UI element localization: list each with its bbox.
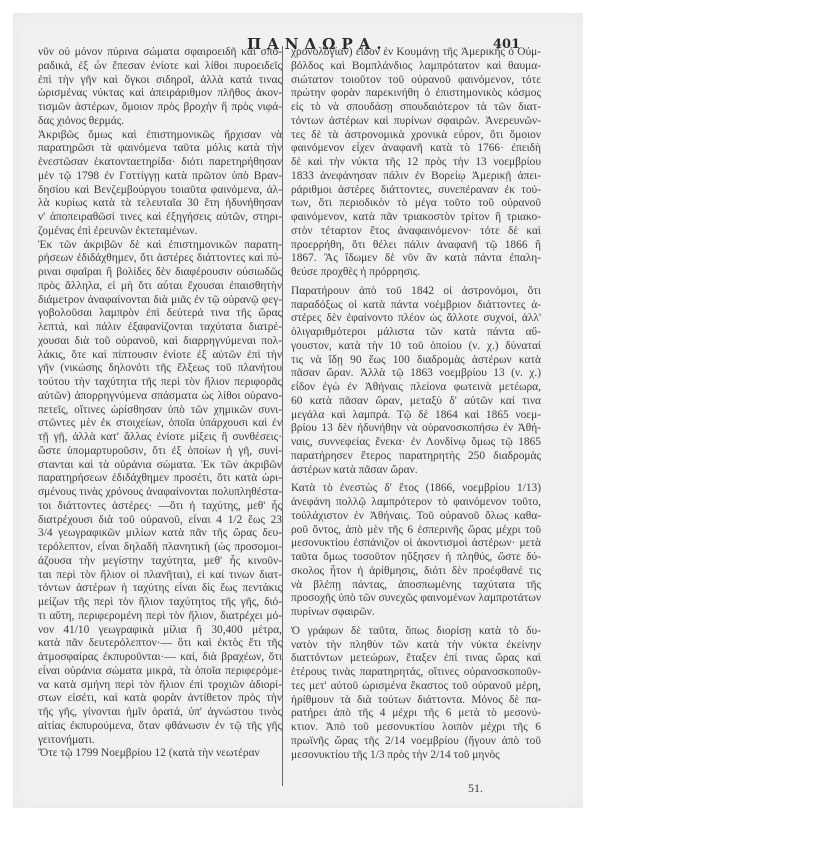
text-line: ριναι σφαῖραι ἢ βολίδες δὲν διαφέρουσιν … bbox=[38, 266, 282, 280]
text-line: ναις, συννεφείας ἕνεκα· ἐν Λονδίνῳ ὅμως … bbox=[291, 436, 541, 450]
text-line: αἰτίας ἐκπυρούμενα, ὅταν φθάνωσιν ἐν τῷ … bbox=[38, 720, 282, 734]
text-line: ροῦ ὄντος, ἀπὸ μὲν τῆς 6 ἑσπερινῆς ὥρας … bbox=[291, 524, 541, 538]
text-line: στέρες δὲν ἐφαίνοντο πλέον ὡς ἄλλοτε συχ… bbox=[291, 312, 541, 326]
text-line: ἑτέρους τινὰς παρατηρητάς, οἵτινες οὐραν… bbox=[291, 666, 541, 680]
text-line: διατρέχουσι διὰ τοῦ οὐρανοῦ, εἶναι 4 1/2… bbox=[38, 514, 282, 528]
scanned-page: ΠΑΝΔΩΡΑ. 401 νῦν οὐ μόνον πύρινα σώματα … bbox=[13, 13, 583, 808]
text-line: τόντων ἀστέρων καὶ πυρίνων σφαιρῶν. Ἀνερ… bbox=[291, 115, 541, 129]
text-line: δησίου καὶ Βενζεμβούργου τοιαῦτα φαινόμε… bbox=[38, 184, 282, 198]
text-line: νὰ βλέπῃ πάντας, ἀποσπωμένης ταχύτατα τῆ… bbox=[291, 579, 541, 593]
text-line: δὲ καὶ τὴν νύκτα τῆς 12 πρὸς τὴν 13 νοεμ… bbox=[291, 156, 541, 170]
text-line: ἐπὶ τὴν γῆν καὶ ὄγκοι σιδηροῖ, ἀλλὰ κατά… bbox=[38, 74, 282, 88]
text-line: ἀνεφάνη πολλῷ λαμπρότερον τὸ φαινόμενον … bbox=[291, 496, 541, 510]
text-line: Ὅτε τῷ 1799 Νοεμβρίου 12 (κατὰ τὴν νεωτέ… bbox=[38, 747, 282, 761]
text-line: Παρατήρουν ἀπὸ τοῦ 1842 οἱ ἀστρονόμοι, ὅ… bbox=[291, 285, 541, 299]
text-line: βρίου 13 δὲν ἠδυνήθην νὰ οὐρανοσκοπήσω ἐ… bbox=[291, 422, 541, 436]
text-line: πρὸς ἄλληλα, εἰ μὴ ὅτι αὗται ἔχουσαι ἐπα… bbox=[38, 280, 282, 294]
signature-mark: 51. bbox=[468, 781, 483, 796]
text-line: γοβολοῦσαι λαμπρὸν ἐπὶ δεύτερά τινα τῆς … bbox=[38, 307, 282, 321]
text-line: πρωϊνῆς ὥρας τῆς 2/14 νοεμβρίου (ἤγουν ἀ… bbox=[291, 735, 541, 749]
text-line: νῦν οὐ μόνον πύρινα σώματα σφαιροειδῆ κα… bbox=[38, 46, 282, 60]
text-line: αὐτῶν) ἀπορρηγνύμενα σπάσματα ὡς λίθοι ο… bbox=[38, 390, 282, 404]
text-line: ράριθμοι ἀστέρες διάττοντες, συνεπέραναν… bbox=[291, 184, 541, 198]
text-line: γουστον, κατὰ τὴν 10 τοῦ ὁποίου (ν. χ.) … bbox=[291, 340, 541, 354]
text-line: σμένους τινὰς χρόνους ἀναφαίνονται πολυπ… bbox=[38, 486, 282, 500]
text-line: βόλδος καὶ Βομπλάνδιος λαμπρότατον καὶ θ… bbox=[291, 60, 541, 74]
text-line: ταῦτα ὅμως τοσοῦτον ηὔξησεν ἡ πληθύς, ὥσ… bbox=[291, 551, 541, 565]
text-line: 1867. Ἂς ἴδωμεν δὲ νῦν ἂν κατὰ πάντα ἐπα… bbox=[291, 252, 541, 266]
text-line: τις νὰ ἴδῃ 90 ἕως 100 διαδρομὰς ἀστέρων … bbox=[291, 354, 541, 368]
text-line: 3/4 γεωγραφικῶν μιλίων κατὰ πᾶν τῆς ὥρας… bbox=[38, 527, 282, 541]
text-line: στανται καὶ τὰ οὐράνια σώματα. Ἐκ τῶν ἀκ… bbox=[38, 459, 282, 473]
text-line: χρονολογίαν) εἶδον ἐν Κουμάνῃ τῆς Ἀμερικ… bbox=[291, 46, 541, 60]
text-line: παραδόξως οἱ κατὰ πάντα νοέμβριον διάττο… bbox=[291, 299, 541, 313]
text-line: τῆς γῆς, γίνονται ἡμῖν ὁρατά, ὑπ' ἀγνώστ… bbox=[38, 706, 282, 720]
text-line: των, ὅτι περιοδικὸν τὸ μέγα τοῦτο τοῦ οὐ… bbox=[291, 197, 541, 211]
text-line: ἀτμοσφαίρας ἐκπυροῦνται·— καί, διὰ βραχέ… bbox=[38, 651, 282, 665]
text-line: 60 κατὰ πᾶσαν ὥραν, μεταξὺ δ' αὐτῶν καί … bbox=[291, 395, 541, 409]
text-line: παρατήρησεν ἕτερος παρατηρητὴς 250 διαδρ… bbox=[291, 450, 541, 464]
text-line: τισμῶν ἀστέρων, ὅμοιον πρὸς βροχὴν ἢ πρὸ… bbox=[38, 101, 282, 115]
text-line: θεύσε προχθὲς ἡ πρόρρησις. bbox=[291, 266, 541, 280]
text-line: ἠρίθμουν τὰ διὰ τούτων διάττοντα. Μόνος … bbox=[291, 694, 541, 708]
text-line: μείζων τῆς περὶ τὸν ἥλιον ταχύτητος τῆς … bbox=[38, 596, 282, 610]
text-line: εἶδον ἐγὼ ἐν Ἀθήναις πλείονα φωτεινὰ μετ… bbox=[291, 381, 541, 395]
text-line: μεσονυκτίου ἐσπάνιζον οἱ ἀκοντισμοὶ ἀστέ… bbox=[291, 537, 541, 551]
text-line: άζουσα τὴν μεγίστην ταχύτητα, μεθ' ἧς κι… bbox=[38, 555, 282, 569]
text-line: εἰς τὸ νὰ σπουδάσῃ σπουδαιότερον τὰ τῶν … bbox=[291, 101, 541, 115]
text-line: παρατηρήσεων ἐδιδάχθημεν προσέτι, ὅτι κα… bbox=[38, 472, 282, 486]
text-line: ὥστε ὑπομαρτυροῦσιν, ὅτι ἐξ ὁποίων ἡ γῆ,… bbox=[38, 445, 282, 459]
text-line: ραδικά, ἐξ ὧν ἔπεσαν ἐνίοτε καὶ λίθοι πυ… bbox=[38, 60, 282, 74]
text-line: κτιον. Ἀπὸ τοῦ μεσονυκτίου λοιπὸν μέχρι … bbox=[291, 721, 541, 735]
text-line: λὰ κυρίως κατὰ τὰ τελευταῖα 30 ἔτη ἠδυνή… bbox=[38, 197, 282, 211]
text-line: να κατὰ σμήνη περὶ τὸν ἥλιον ἐπὶ τροχιῶν… bbox=[38, 679, 282, 693]
text-line: Ἀκριβῶς ὅμως καὶ ἐπιστημονικῶς ἤρχισαν ν… bbox=[38, 129, 282, 143]
text-line: ἐνεστῶσαν ἑκατονταετηρίδα· διότι παρετηρ… bbox=[38, 156, 282, 170]
text-line: πυρίνων σφαιρῶν. bbox=[291, 606, 541, 620]
right-column: χρονολογίαν) εἶδον ἐν Κουμάνῃ τῆς Ἀμερικ… bbox=[291, 46, 541, 762]
text-line: λάκις, ὅτε καὶ πίπτουσιν ἐνίοτε ἐξ αὐτῶν… bbox=[38, 349, 282, 363]
left-column: νῦν οὐ μόνον πύρινα σώματα σφαιροειδῆ κα… bbox=[38, 46, 282, 761]
text-line: νατὸν τὴν πληθὺν τῶν κατὰ τὴν νύκτα ἐκεί… bbox=[291, 639, 541, 653]
text-line: στὸν τέταρτον ἔτος ἀναφαινόμενον· τότε δ… bbox=[291, 225, 541, 239]
text-line: τι αὕτη, περιφερομένη περὶ τὸν ἥλιον, δι… bbox=[38, 610, 282, 624]
text-line: λεπτά, καὶ πάλιν ἐξαφανίζονται ταχύτατα … bbox=[38, 321, 282, 335]
text-line: τῇ γῇ, ἀλλὰ κατ' ἄλλας ἐνίοτε μίξεις ἢ σ… bbox=[38, 431, 282, 445]
text-line: τοὐλάχιστον ἐν Ἀθήναις. Τοῦ οὐρανοῦ ὅλως… bbox=[291, 510, 541, 524]
text-line: τερόλεπτον, εἶναι δηλαδὴ πλανητικὴ (ὡς π… bbox=[38, 541, 282, 555]
text-line: τόντων ἀστέρων ἡ ταχύτης εἶναι δὶς ἕως π… bbox=[38, 582, 282, 596]
text-line: πᾶσαν ὥραν. Ἀλλὰ τῷ 1863 νοεμβρίου 13 (ν… bbox=[291, 367, 541, 381]
text-line: σιώτατον τοιοῦτον τοῦ οὐρανοῦ φαινόμενον… bbox=[291, 74, 541, 88]
text-line: πετεῖς, οἵτινες ὡρίσθησαν ὑπὸ τῶν χημικῶ… bbox=[38, 404, 282, 418]
text-line: ὡρισμένας νύκτας καὶ ἀπειράριθμον πλῆθος… bbox=[38, 87, 282, 101]
text-line: τες μετ' αὐτοῦ ὡρισμένα ἕκαστος τοῦ οὐρα… bbox=[291, 680, 541, 694]
text-line: ὀλιγαριθμότεροι μάλιστα τῶν κατὰ πάντα α… bbox=[291, 326, 541, 340]
text-line: γειτονήματι. bbox=[38, 734, 282, 748]
text-line: 1833 ἀνεφάνησαν πάλιν ἐν Βορείῳ Ἀμερικῇ … bbox=[291, 170, 541, 184]
text-line: ται περὶ τὸν ἥλιον οἱ πλανῆται), εἰ καί … bbox=[38, 569, 282, 583]
text-line: ν' ἀποπειραθῶσί τινες καὶ ἐξηγήσεις αὐτῶ… bbox=[38, 211, 282, 225]
text-line: προσοχῆς ὑπὸ τῶν συνεχῶς φαινομένων λαμπ… bbox=[291, 592, 541, 606]
text-line: διάμετρον ἀναφαίνονται διὰ μιᾶς ἐν τῷ οὐ… bbox=[38, 294, 282, 308]
text-line: εἶναι οὐράνια σώματα μικρά, τὰ ὁποῖα περ… bbox=[38, 665, 282, 679]
text-line: τοι διάττοντες ἀστέρες· —ὅτι ἡ ταχύτης, … bbox=[38, 500, 282, 514]
text-line: στῶντες μὲν ἐκ στοιχείων, ὁποῖα ὑπάρχουσ… bbox=[38, 417, 282, 431]
text-line: στων εἰσέτι, καὶ κατὰ φορὰν ἀντίθετον πρ… bbox=[38, 692, 282, 706]
text-line: προερρήθη, ὅτι θέλει πάλιν ἀναφανῆ τῷ 18… bbox=[291, 239, 541, 253]
text-line: τούτου τὴν ταχύτητα τῆς περὶ τὸν ἥλιον π… bbox=[38, 376, 282, 390]
text-line: Ἐκ τῶν ἀκριβῶν δὲ καὶ ἐπιστημονικῶν παρα… bbox=[38, 239, 282, 253]
text-line: γῆν (νικώσης δηλονότι τῆς ἕλξεως τοῦ πλα… bbox=[38, 362, 282, 376]
text-line: φαινόμενον, κατὰ πᾶν τριακοστὸν τρίτον ἢ… bbox=[291, 211, 541, 225]
text-line: ρήσεων ἐδιδάχθημεν, ὅτι ἀστέρες διάττοντ… bbox=[38, 252, 282, 266]
text-line: φαινόμενον εἶχεν ἀναφανῆ κατὰ τὸ 1766· ἐ… bbox=[291, 142, 541, 156]
text-line: ἀστέρων κατὰ πᾶσαν ὥραν. bbox=[291, 464, 541, 478]
text-line: πρώτην φορὰν παρεκινήθη ὁ ἐπιστημονικὸς … bbox=[291, 87, 541, 101]
text-line: παρατηρῶσι τὰ φαινόμενα ταῦτα μόλις κατὰ… bbox=[38, 142, 282, 156]
text-line: μὲν τῷ 1798 ἐν Γοττίγγῃ κατὰ πρῶτον ὑπὸ … bbox=[38, 170, 282, 184]
text-line: μεσονυκτίου τῆς 1/3 πρὸς τὴν 2/14 τοῦ μη… bbox=[291, 749, 541, 763]
text-line: ζομένας ἐπὶ ἐρευνῶν ἐκτεταμένων. bbox=[38, 225, 282, 239]
text-line: Ὁ γράφων δὲ ταῦτα, ὅπως διορίσῃ κατὰ τὸ … bbox=[291, 625, 541, 639]
text-line: Κατὰ τὸ ἐνεστὼς δ' ἔτος (1866, νοεμβρίου… bbox=[291, 482, 541, 496]
text-line: τες δὲ τὰ ἀστρονομικὰ χρονικὰ εὗρον, ὅτι… bbox=[291, 129, 541, 143]
column-divider bbox=[282, 46, 283, 786]
text-line: κατὰ πᾶν δευτερόλεπτον·— ὅτι καὶ ἐκτὸς ἔ… bbox=[38, 637, 282, 651]
text-line: νον 41/10 γεωγραφικὰ μίλια ἢ 30,400 μέτρ… bbox=[38, 624, 282, 638]
text-line: χουσαι διὰ τοῦ οὐρανοῦ, καὶ διαρρηγνύμεν… bbox=[38, 335, 282, 349]
text-line: μεγάλα καὶ λαμπρά. Τῷ δὲ 1864 καὶ 1865 ν… bbox=[291, 409, 541, 423]
text-line: ρατήρει ἀπὸ τῆς 4 μέχρι τῆς 6 μετὰ τὸ με… bbox=[291, 707, 541, 721]
text-line: σκολος ἦτον ἡ ἀρίθμησις, διότι δὲν προέφ… bbox=[291, 565, 541, 579]
text-line: διαττόντων μετεώρων, ἔταξεν ἐπί τινας ὥρ… bbox=[291, 652, 541, 666]
text-line: δας χιόνος θερμάς. bbox=[38, 115, 282, 129]
